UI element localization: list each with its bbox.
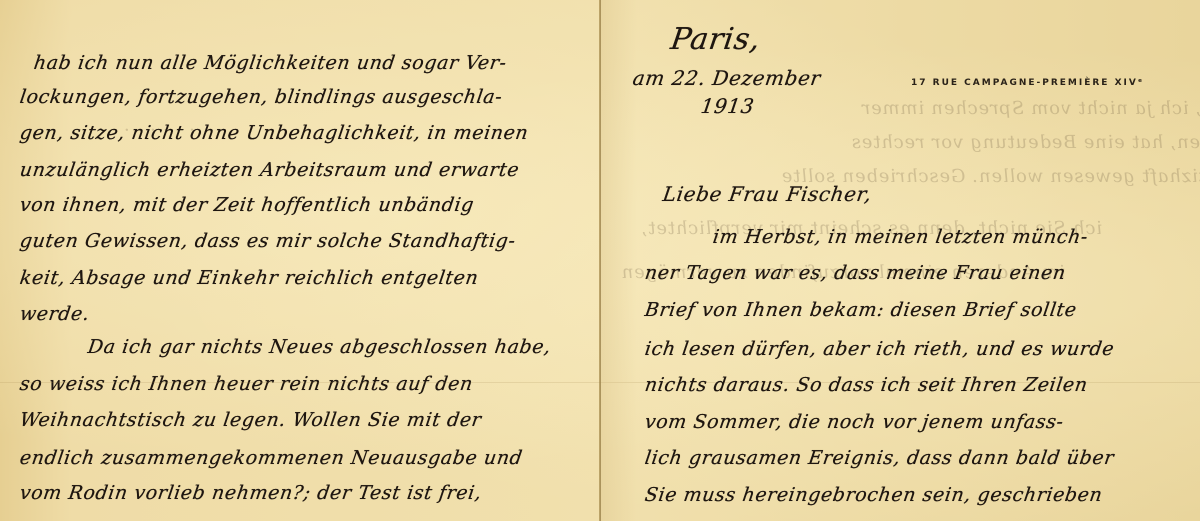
letter-line: so weiss ich Ihnen heuer rein nichts auf… (18, 373, 474, 395)
letter-line: guten Gewissen, dass es mir solche Stand… (18, 230, 517, 252)
letter-line: vom Sommer, die noch vor jenem unfass- (643, 411, 1065, 433)
letter-line: im Herbst, in meinen letzten münch- (711, 226, 1089, 248)
letter-line: gen, sitze, nicht ohne Unbehaglichkeit, … (18, 122, 529, 144)
letter-line: ner Tagen war es, dass meine Frau einen (643, 262, 1067, 284)
letter-line: lich grausamen Ereignis, dass dann bald … (643, 447, 1115, 469)
letterhead-address: 17 RUE CAMPAGNE-PREMIÈRE XIVᵉ (911, 78, 1144, 88)
letter-line: endlich zusammengekommenen Neuausgabe un… (18, 447, 524, 469)
letter-spread: · · · · · · · hab ich nun alle Möglichke… (0, 0, 1200, 521)
letter-line: werde. (18, 303, 91, 325)
letter-line: Sie muss hereingebrochen sein, geschrieb… (643, 484, 1104, 506)
letter-year: 1913 (699, 94, 756, 118)
left-page: · · · · · · · hab ich nun alle Möglichke… (0, 0, 600, 521)
letter-line: Brief von Ihnen bekam: diesen Brief soll… (643, 299, 1078, 321)
letter-line: lockungen, fortzugehen, blindlings ausge… (18, 86, 503, 108)
bleed-through-text: zu fragen, hat eine Bedeutung vor rechte… (850, 132, 1200, 153)
letter-line: von ihnen, mit der Zeit hoffentlich unbä… (18, 194, 475, 216)
letter-line: keit, Absage und Einkehr reichlich entge… (18, 267, 479, 289)
letter-line: hab ich nun alle Möglichkeiten und sogar… (32, 52, 508, 74)
letter-line: unzulänglich erheizten Arbeitsraum und e… (18, 159, 520, 181)
letter-date: am 22. Dezember (631, 66, 822, 90)
letter-line: Da ich gar nichts Neues abgeschlossen ha… (86, 336, 552, 358)
letter-place: Paris, (669, 22, 763, 57)
letter-line: vom Rodin vorlieb nehmen?; der Test ist … (18, 482, 483, 504)
letter-line: Weihnachtstisch zu legen. Wollen Sie mit… (18, 409, 483, 431)
right-page: Fischer, ich ja nicht vom Sprechen immer… (601, 0, 1200, 521)
letter-line: nichts daraus. So dass ich seit Ihren Ze… (643, 374, 1089, 396)
letter-salutation: Liebe Frau Fischer, (661, 182, 873, 206)
bleed-through-text: Fischer, ich ja nicht vom Sprechen immer (860, 98, 1200, 119)
letter-line: ich lesen dürfen, aber ich rieth, und es… (643, 338, 1115, 360)
